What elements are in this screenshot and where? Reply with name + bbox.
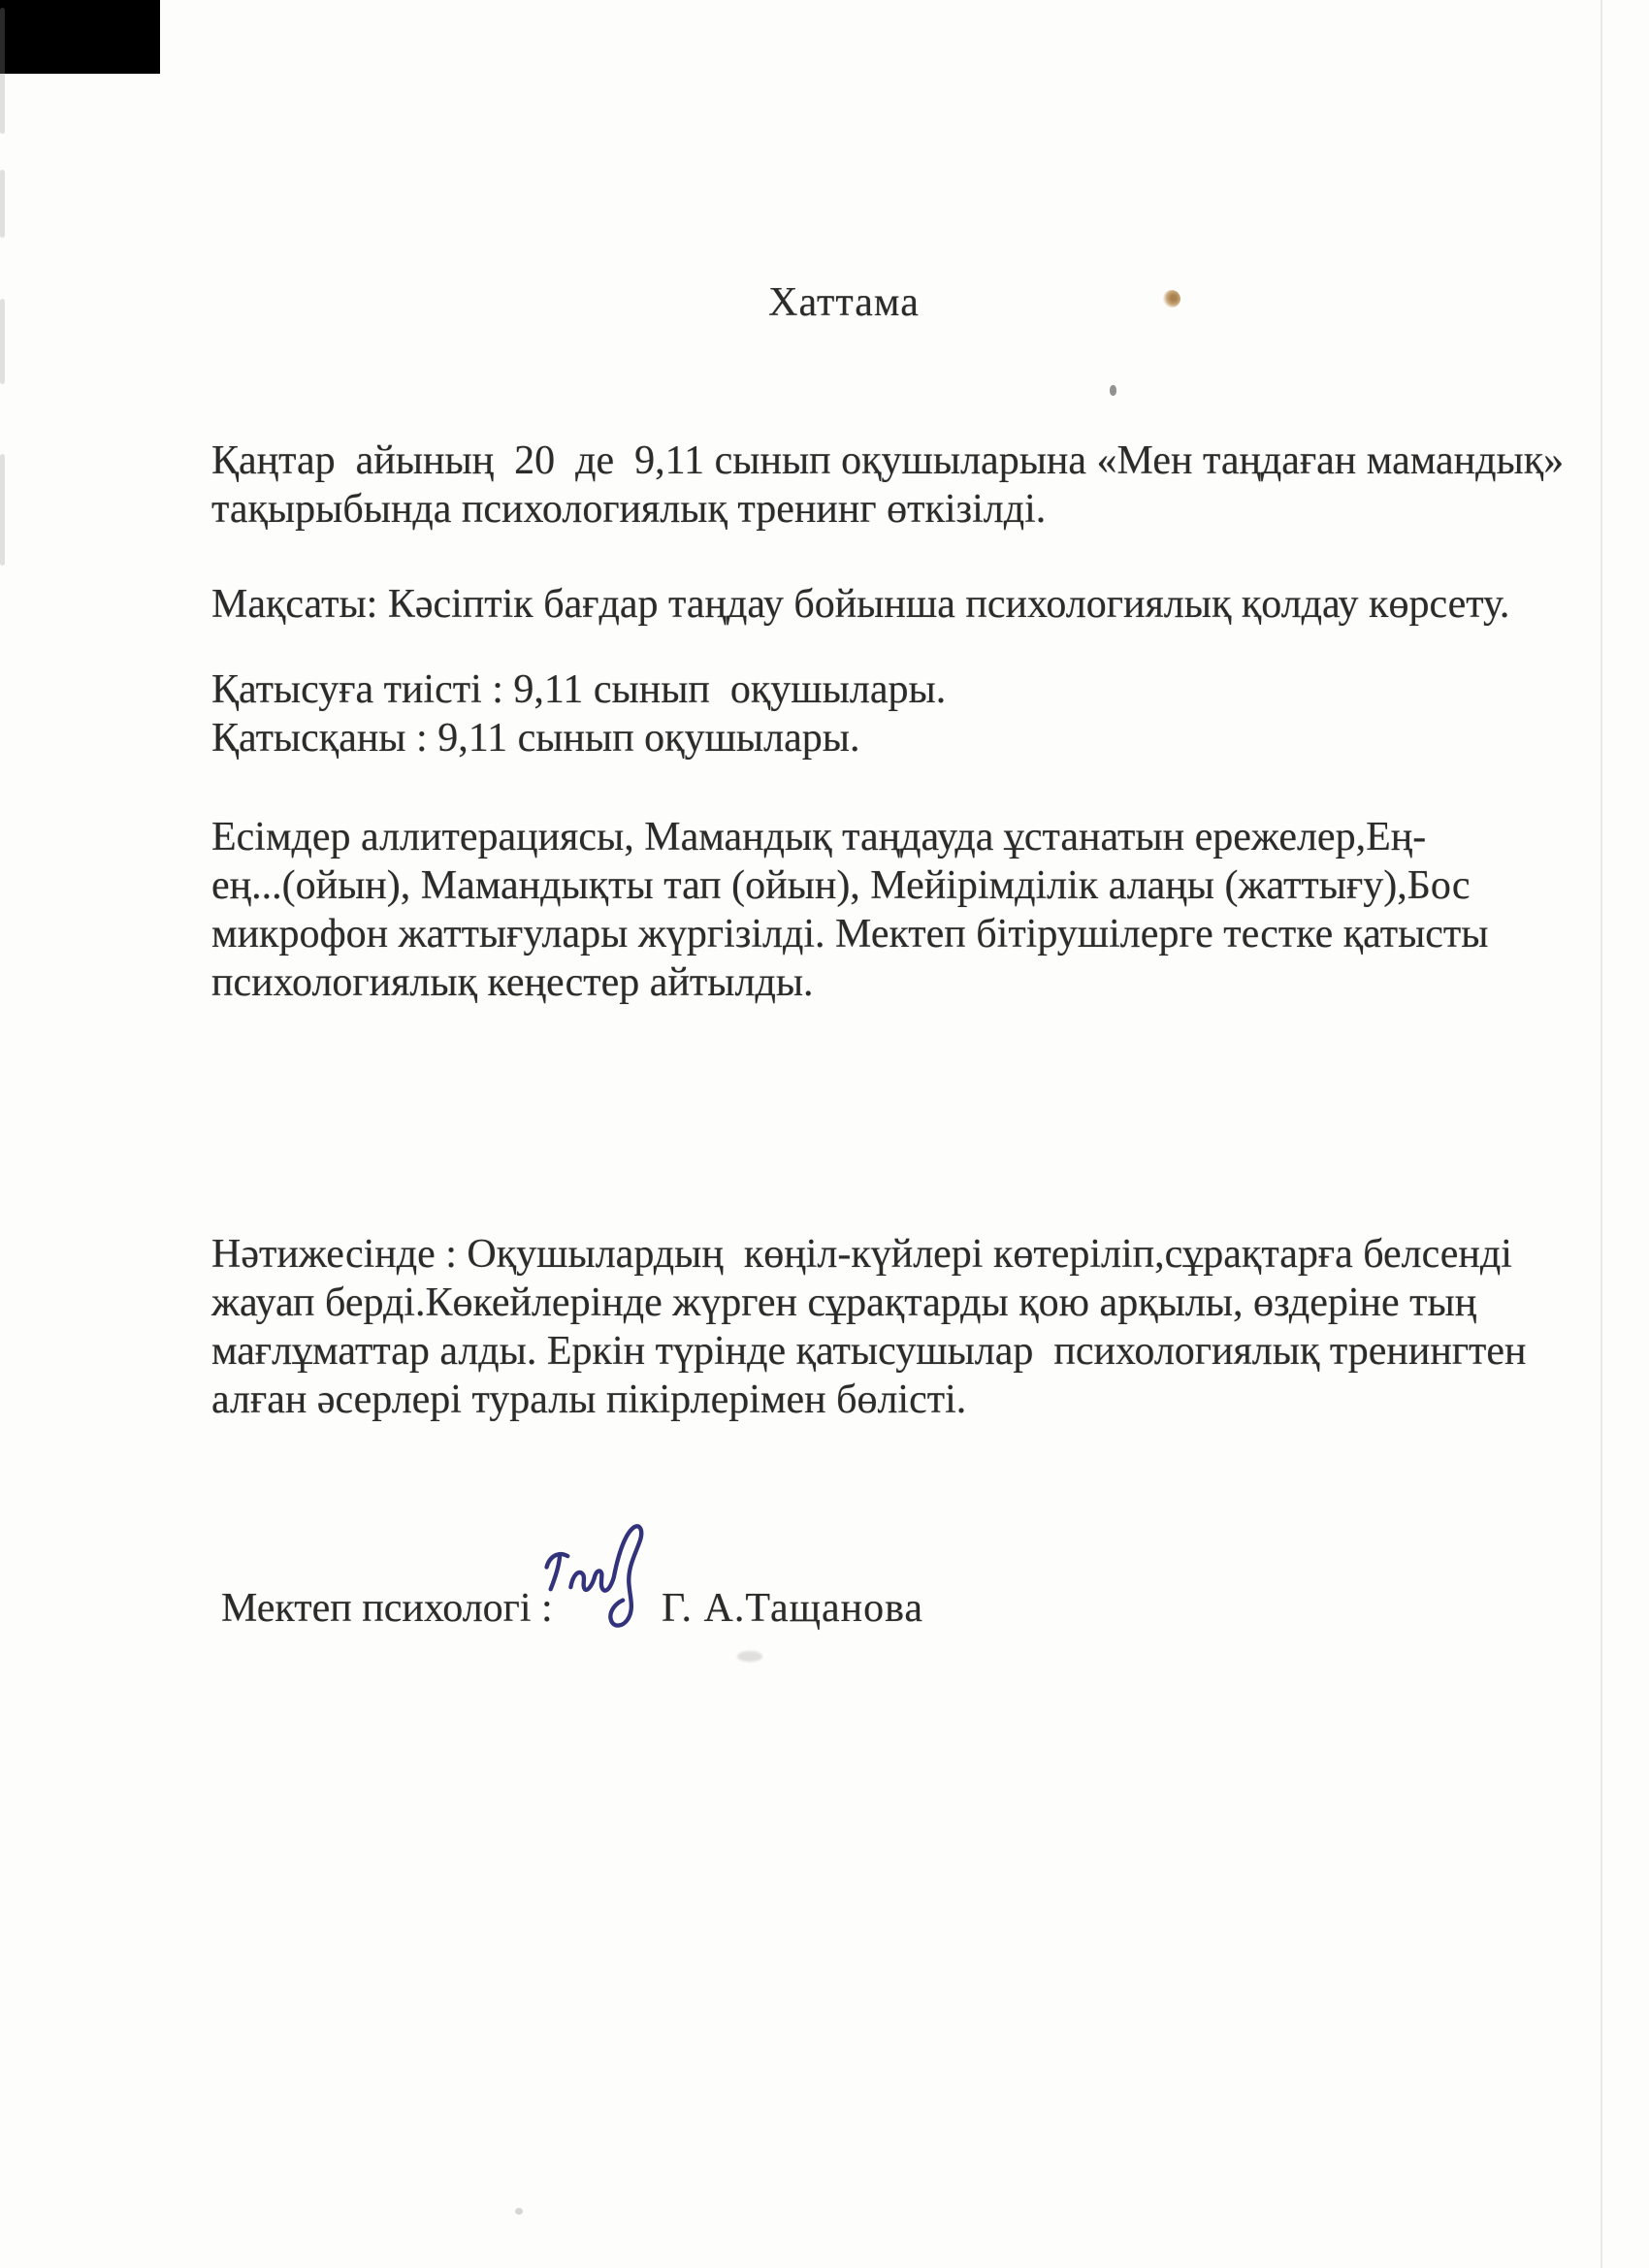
- text-line: Қатысқаны : 9,11 сынып оқушылары.: [211, 714, 1569, 762]
- paragraph-goal: Мақсаты: Кәсіптік бағдар таңдау бойынша …: [211, 580, 1569, 629]
- scan-corner-artifact: [0, 0, 160, 74]
- paragraph-participants: Қатысуға тиісті : 9,11 сынып оқушылары. …: [211, 665, 1569, 762]
- text-line: жауап берді.Көкейлерінде жүрген сұрақтар…: [211, 1279, 1569, 1327]
- signature-handwritten: [535, 1523, 673, 1641]
- scan-speck: [1110, 385, 1116, 396]
- scan-edge-mark: [0, 170, 5, 238]
- paragraph-intro: Қаңтар айының 20 де 9,11 сынып оқушылары…: [211, 437, 1569, 534]
- text-line: Мақсаты: Кәсіптік бағдар таңдау бойынша …: [211, 580, 1569, 629]
- text-line: ең...(ойын), Мамандықты тап (ойын), Мейі…: [211, 861, 1569, 910]
- text-line: мағлұматтар алды. Еркін түрінде қатысушы…: [211, 1327, 1569, 1376]
- scan-edge-mark: [0, 8, 5, 134]
- scan-edge-mark: [0, 299, 5, 384]
- scan-edge-mark: [0, 454, 5, 566]
- text-line: Нәтижесінде : Оқушылардың көңіл-күйлері …: [211, 1230, 1569, 1279]
- text-line: психологиялық кеңестер айтылды.: [211, 958, 1569, 1007]
- scanned-document-page: Хаттама Қаңтар айының 20 де 9,11 сынып о…: [0, 0, 1649, 2268]
- text-line: тақырыбында психологиялық тренинг өткізі…: [211, 485, 1569, 534]
- scan-streak: [1600, 0, 1602, 2268]
- scan-speck: [515, 2208, 523, 2215]
- paragraph-activities: Есімдер аллитерациясы, Мамандық таңдауда…: [211, 813, 1569, 1007]
- text-line: микрофон жаттығулары жүргізілді. Мектеп …: [211, 910, 1569, 958]
- text-line: Есімдер аллитерациясы, Мамандық таңдауда…: [211, 813, 1569, 861]
- document-title: Хаттама: [213, 279, 1474, 326]
- text-line: алған әсерлері туралы пікірлерімен бөліс…: [211, 1376, 1569, 1424]
- text-line: Қаңтар айының 20 де 9,11 сынып оқушылары…: [211, 437, 1569, 485]
- signature-label: Мектеп психологі :: [221, 1584, 563, 1633]
- text-line: Қатысуға тиісті : 9,11 сынып оқушылары.: [211, 665, 1569, 714]
- paragraph-results: Нәтижесінде : Оқушылардың көңіл-күйлері …: [211, 1230, 1569, 1424]
- scan-smudge: [737, 1651, 762, 1662]
- signature-name: Г. А.Тащанова: [662, 1584, 923, 1633]
